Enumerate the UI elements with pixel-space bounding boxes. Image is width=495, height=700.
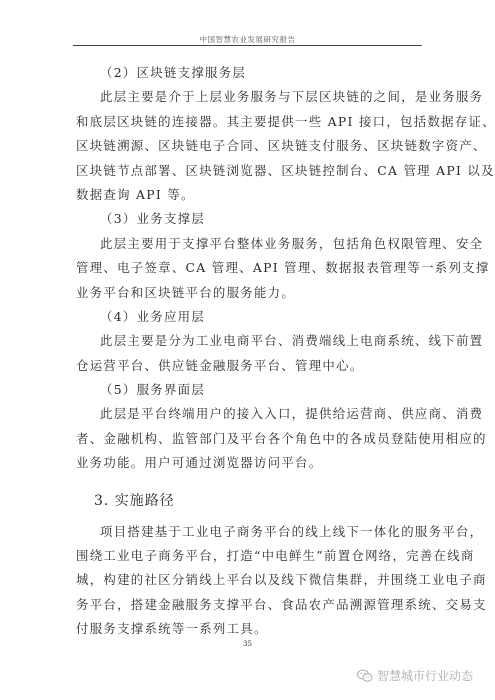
- running-header: 中国智慧农业发展研究报告: [0, 34, 495, 45]
- paragraph-line: 此层主要是介于上层业务服务与下层区块链的之间，是业务服务: [76, 85, 420, 109]
- subheading: （2）区块链支撑服务层: [76, 61, 420, 85]
- paragraph-line: 管理、电子签章、CA 管理、API 管理、数据报表管理等一系列支撑: [76, 256, 420, 280]
- paragraph-line: 者、金融机构、监管部门及平台各个角色中的各成员登陆使用相应的: [76, 427, 420, 451]
- paragraph-line: 业务平台和区块链平台的服务能力。: [76, 281, 420, 305]
- page-body: （2）区块链支撑服务层 此层主要是介于上层业务服务与下层区块链的之间，是业务服务…: [76, 61, 420, 642]
- paragraph-line: 围绕工业电子商务平台，打造“中电鲜生”前置仓网络，完善在线商: [76, 544, 420, 568]
- wechat-icon: [357, 669, 373, 683]
- paragraph-line: 业务功能。用户可通过浏览器访问平台。: [76, 451, 420, 475]
- section-heading: 3. 实施路径: [76, 484, 420, 518]
- watermark-text: 智慧城市行业动态: [377, 667, 473, 684]
- paragraph-line: 数据查询 API 等。: [76, 183, 420, 207]
- paragraph-line: 付服务支撑系统等一系列工具。: [76, 617, 420, 641]
- watermark: 智慧城市行业动态: [357, 667, 473, 684]
- paragraph-line: 此层是平台终端用户的接入入口，提供给运营商、供应商、消费: [76, 402, 420, 426]
- subheading: （4）业务应用层: [76, 305, 420, 329]
- paragraph-line: 项目搭建基于工业电子商务平台的线上线下一体化的服务平台，: [76, 520, 420, 544]
- paragraph-line: 务平台，搭建金融服务支撑平台、食品农产品溯源管理系统、交易支: [76, 593, 420, 617]
- paragraph-line: 此层主要用于支撑平台整体业务服务，包括角色权限管理、安全: [76, 232, 420, 256]
- paragraph-line: 区块链节点部署、区块链浏览器、区块链控制台、CA 管理 API 以及: [76, 159, 420, 183]
- paragraph-line: 仓运营平台、供应链金融服务平台、管理中心。: [76, 354, 420, 378]
- paragraph-line: 此层主要是分为工业电商平台、消费端线上电商系统、线下前置: [76, 329, 420, 353]
- subheading: （3）业务支撑层: [76, 207, 420, 231]
- paragraph-line: 城，构建的社区分销线上平台以及线下微信集群，并围绕工业电子商: [76, 568, 420, 592]
- subheading: （5）服务界面层: [76, 378, 420, 402]
- header-rule: [73, 45, 422, 46]
- page-number: 35: [0, 640, 495, 648]
- paragraph-line: 和底层区块链的连接器。其主要提供一些 API 接口，包括数据存证、: [76, 110, 420, 134]
- paragraph-line: 区块链溯源、区块链电子合同、区块链支付服务、区块链数字资产、: [76, 134, 420, 158]
